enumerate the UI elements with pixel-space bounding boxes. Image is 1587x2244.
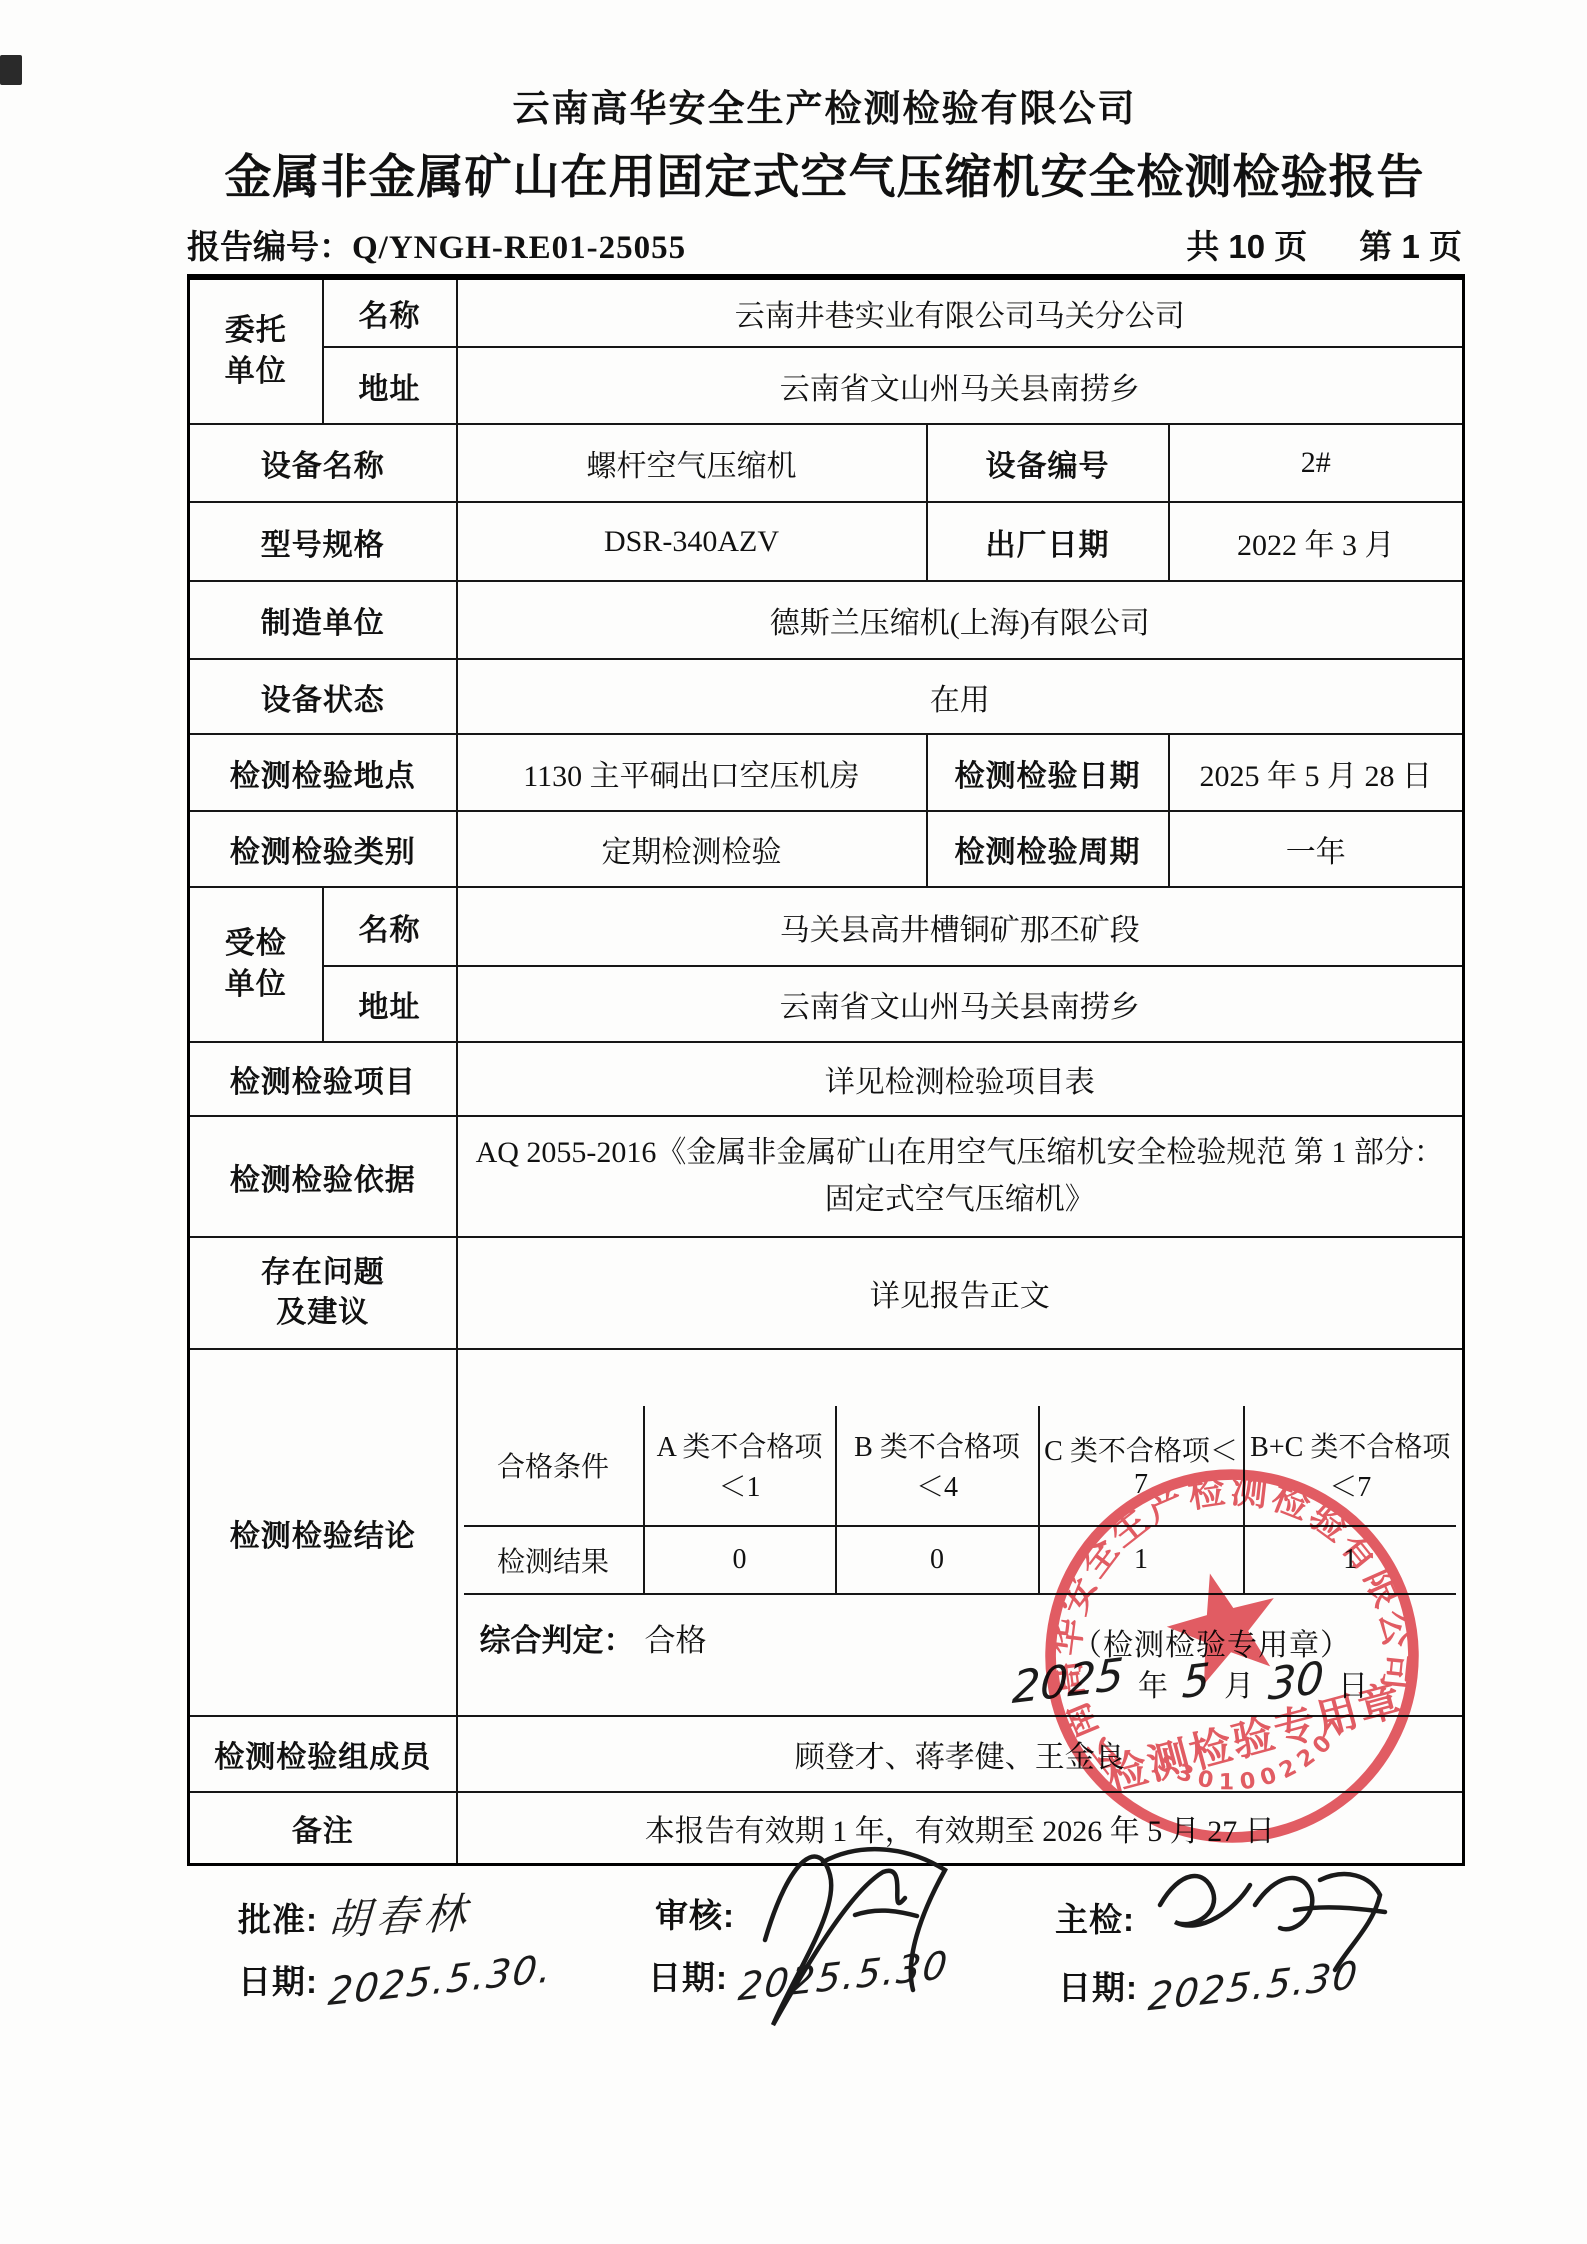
page-number: 第 1 页	[1359, 221, 1462, 268]
chief-date-value: 2025.5.30	[1146, 1953, 1361, 2020]
place-label: 检测检验地点	[189, 734, 457, 811]
scan-smudge	[0, 55, 22, 85]
model-value: DSR-340AZV	[457, 502, 927, 581]
approve-line: 批准: 胡春林	[238, 1884, 472, 1944]
verdict-label: 综合判定：	[480, 1623, 635, 1658]
device-no-value: 2#	[1169, 424, 1464, 502]
type-value: 定期检测检验	[457, 811, 927, 887]
verdict-value: 合格	[645, 1623, 707, 1658]
client-addr-label: 地址	[323, 347, 457, 424]
approve-date-value: 2025.5.30.	[326, 1946, 555, 2014]
device-no-label: 设备编号	[927, 424, 1169, 502]
criteria-header-2: B 类不合格项＜4	[836, 1406, 1039, 1526]
client-addr-value: 云南省文山州马关县南捞乡	[457, 347, 1464, 424]
remark-label: 备注	[189, 1792, 457, 1864]
review-label: 审核:	[655, 1890, 735, 1937]
type-label: 检测检验类别	[189, 811, 457, 887]
items-value: 详见检测检验项目表	[457, 1042, 1464, 1116]
cycle-label: 检测检验周期	[927, 811, 1169, 887]
approve-date-line: 日期: 2025.5.30.	[238, 1956, 553, 2003]
device-name-value: 螺杆空气压缩机	[457, 424, 927, 502]
total-pages: 共 10 页	[1186, 221, 1307, 268]
device-name-label: 设备名称	[189, 424, 457, 502]
result-b: 0	[836, 1526, 1039, 1594]
problems-label: 存在问题 及建议	[189, 1237, 457, 1349]
review-line: 审核:	[655, 1890, 735, 1937]
team-label: 检测检验组成员	[189, 1716, 457, 1792]
mfg-date-value: 2022 年 3 月	[1169, 502, 1464, 581]
seal-star-icon	[1156, 1559, 1290, 1689]
result-row-label: 检测结果	[464, 1526, 644, 1594]
approve-date-label: 日期:	[238, 1956, 318, 2003]
subject-name-label: 名称	[323, 887, 457, 966]
company-name: 云南高华安全生产检测检验有限公司	[187, 78, 1462, 132]
criteria-header-1: A 类不合格项＜1	[644, 1406, 836, 1526]
chief-date-line: 日期: 2025.5.30	[1058, 1962, 1359, 2009]
subject-addr-value: 云南省文山州马关县南捞乡	[457, 966, 1464, 1042]
subject-name-value: 马关县高井槽铜矿那丕矿段	[457, 887, 1464, 966]
insp-date-label: 检测检验日期	[927, 734, 1169, 811]
client-name-value: 云南井巷实业有限公司马关分公司	[457, 277, 1464, 347]
review-date-label: 日期:	[648, 1952, 728, 1999]
reviewer-signature	[735, 1820, 965, 2040]
problems-value: 详见报告正文	[457, 1237, 1464, 1349]
report-meta-line: 报告编号： Q/YNGH-RE01-25055 共 10 页 第 1 页	[187, 221, 1462, 268]
chief-label: 主检:	[1055, 1894, 1135, 1941]
model-label: 型号规格	[189, 502, 457, 581]
approve-label: 批准:	[238, 1894, 318, 1941]
maker-value: 德斯兰压缩机(上海)有限公司	[457, 581, 1464, 659]
cycle-value: 一年	[1169, 811, 1464, 887]
official-seal: 云南高华安全生产检测检验有限公司 检测检验专用章 5301002207016	[1038, 1462, 1426, 1850]
approver-signature: 胡春林	[327, 1880, 474, 1948]
client-name-label: 名称	[323, 277, 457, 347]
insp-date-value: 2025 年 5 月 28 日	[1169, 734, 1464, 811]
conclusion-label: 检测检验结论	[189, 1349, 457, 1716]
place-value: 1130 主平硐出口空压机房	[457, 734, 927, 811]
maker-label: 制造单位	[189, 581, 457, 659]
status-value: 在用	[457, 659, 1464, 734]
criteria-header-0: 合格条件	[464, 1406, 644, 1526]
client-group-label: 委托 单位	[189, 277, 323, 424]
result-a: 0	[644, 1526, 836, 1594]
report-no: Q/YNGH-RE01-25055	[352, 230, 686, 267]
chief-line: 主检:	[1055, 1894, 1135, 1941]
chief-date-label: 日期:	[1058, 1962, 1138, 2009]
mfg-date-label: 出厂日期	[927, 502, 1169, 581]
subject-addr-label: 地址	[323, 966, 457, 1042]
subject-group-label: 受检 单位	[189, 887, 323, 1042]
basis-value: AQ 2055-2016《金属非金属矿山在用空气压缩机安全检验规范 第 1 部分…	[457, 1116, 1464, 1237]
basis-label: 检测检验依据	[189, 1116, 457, 1237]
review-date-line: 日期: 2025.5.30	[648, 1952, 949, 1999]
items-label: 检测检验项目	[189, 1042, 457, 1116]
report-page: 云南高华安全生产检测检验有限公司 金属非金属矿山在用固定式空气压缩机安全检测检验…	[0, 0, 1587, 2244]
page-title: 金属非金属矿山在用固定式空气压缩机安全检测检验报告	[187, 140, 1462, 207]
status-label: 设备状态	[189, 659, 457, 734]
report-no-label: 报告编号：	[187, 221, 352, 268]
